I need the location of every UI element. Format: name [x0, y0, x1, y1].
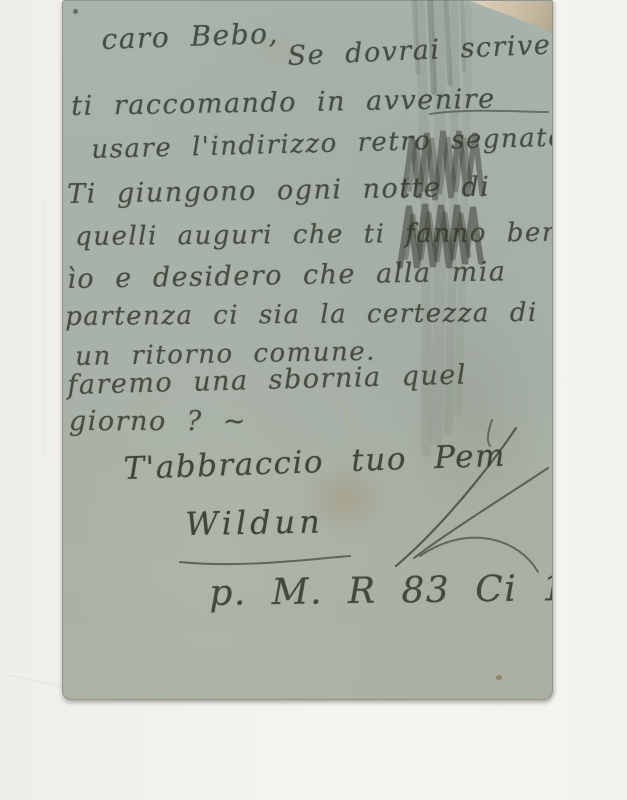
handwritten-line: Se dovrai scriver — [287, 29, 553, 72]
folded-corner — [467, 0, 553, 32]
handwritten-line: partenza ci sia la certezza di — [65, 298, 538, 332]
handwritten-line: ìo e desidero che alla mia — [67, 256, 507, 295]
ink-dot — [496, 675, 502, 680]
handwritten-line: ti raccomando in avvenire — [71, 84, 496, 122]
handwritten-line: usare l'indirizzo retro segnato. — [91, 122, 553, 165]
closing-line: T'abbraccio tuo Pem — [123, 438, 507, 487]
salutation-line: caro Bebo, — [101, 17, 279, 56]
postcard-scan: caro Bebo, Se dovrai scriver ti raccoman… — [0, 0, 627, 800]
paper-crease — [44, 200, 45, 460]
address-line: p. M. R 83 Ci 1917 — [209, 567, 553, 614]
postcard-card: caro Bebo, Se dovrai scriver ti raccoman… — [62, 0, 553, 700]
handwritten-line: giorno ? ~ — [69, 406, 247, 437]
handwritten-line: quelli auguri che ti fanno bene — [75, 218, 553, 252]
handwritten-line: Ti giungono ogni notte di — [67, 172, 491, 210]
signature-name: Wildun — [185, 503, 324, 543]
ink-dot — [73, 9, 78, 14]
